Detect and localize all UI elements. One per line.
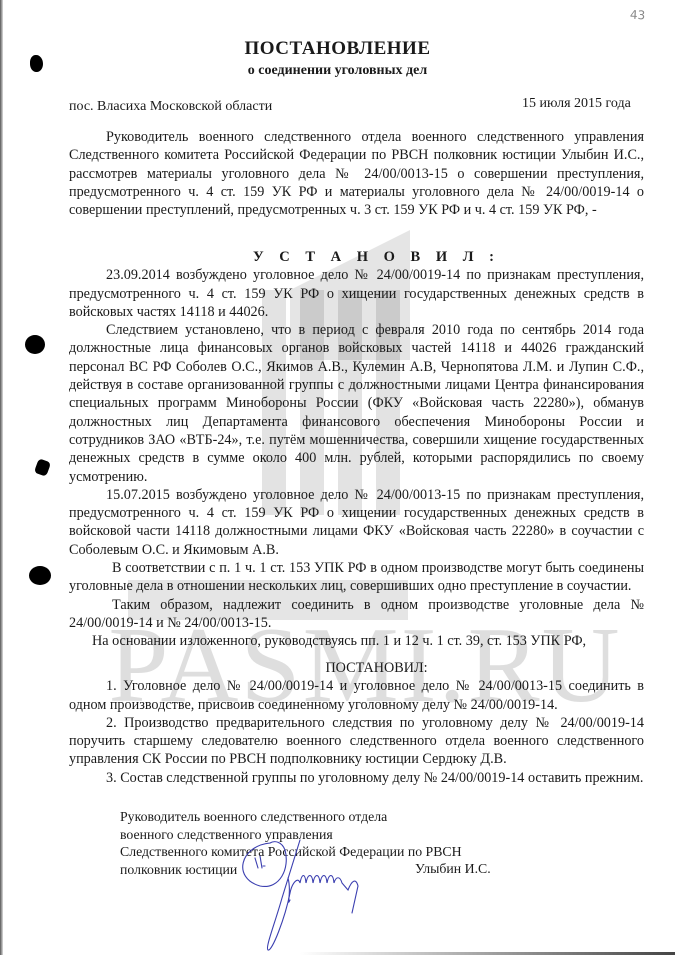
preamble-paragraph: Руководитель военного следственного отде… (69, 128, 644, 219)
resolved-section: ПОСТАНОВИЛ: 1. Уголовное дело № 24/00/00… (69, 659, 644, 787)
signer-position-line: Руководитель военного следственного отде… (120, 808, 540, 826)
established-paragraph: 15.07.2015 возбуждено уголовное дело № 2… (69, 486, 644, 559)
page-number: 43 (630, 8, 646, 23)
established-paragraph: Следствием установлено, что в период с ф… (69, 321, 644, 486)
document-title: ПОСТАНОВЛЕНИЕ (0, 38, 675, 60)
handwritten-signature (230, 838, 390, 953)
established-paragraph: На основании изложенного, руководствуясь… (69, 632, 644, 650)
preamble-block: Руководитель военного следственного отде… (69, 128, 644, 219)
established-paragraph: Таким образом, надлежит соединить в одно… (69, 596, 644, 633)
resolved-item: 2. Производство предварительного следств… (69, 714, 644, 769)
established-section: У С Т А Н О В И Л : 23.09.2014 возбужден… (69, 248, 644, 651)
document-date: 15 июля 2015 года (522, 96, 631, 112)
established-heading: У С Т А Н О В И Л : (69, 248, 644, 266)
signer-name: Улыбин И.С. (415, 861, 491, 877)
established-paragraph: 23.09.2014 возбуждено уголовное дело № 2… (69, 266, 644, 321)
punch-hole (25, 335, 45, 354)
resolved-item: 3. Состав следственной группы по уголовн… (69, 769, 644, 787)
scan-edge-left (0, 0, 3, 955)
punch-hole (29, 566, 51, 585)
document-subtitle: о соединении уголовных дел (0, 63, 675, 79)
document-place: пос. Власиха Московской области (69, 99, 272, 115)
established-paragraph: В соответствии с п. 1 ч. 1 ст. 153 УПК Р… (69, 559, 644, 596)
resolved-item: 1. Уголовное дело № 24/00/0019-14 и угол… (69, 677, 644, 714)
punch-hole (34, 458, 51, 477)
resolved-heading: ПОСТАНОВИЛ: (69, 659, 644, 677)
